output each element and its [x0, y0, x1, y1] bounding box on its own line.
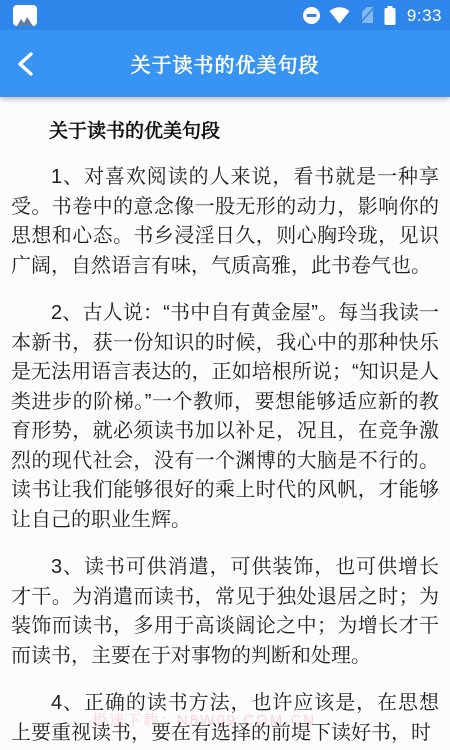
- back-button[interactable]: [16, 30, 60, 97]
- article-paragraph-4: 4、正确的读书方法，也许应该是，在思想上要重视读书，要在有选择的前堤下读好书，时: [11, 689, 439, 748]
- no-sim-icon: [358, 6, 376, 24]
- photo-notification-icon: [13, 5, 37, 26]
- article-heading: 关于读书的优美句段: [11, 118, 439, 146]
- article-paragraph-3: 3、读书可供消遣，可供装饰，也可供增长才干。为消遣而读书，常见于独处退居之时；为…: [11, 553, 439, 671]
- back-chevron-icon: [16, 51, 35, 77]
- wifi-icon: [329, 7, 350, 24]
- page-title: 关于读书的优美句段: [131, 49, 320, 78]
- phone-screen: 9:33 关于读书的优美句段 极速下载：N8W09.COM.CN 关于读书的优美…: [0, 0, 450, 750]
- do-not-disturb-icon: [302, 6, 321, 25]
- article-scroll-area[interactable]: 极速下载：N8W09.COM.CN 关于读书的优美句段 1、对喜欢阅读的人来说，…: [0, 97, 450, 750]
- app-bar: 关于读书的优美句段: [0, 30, 450, 97]
- battery-full-icon: [384, 6, 396, 25]
- status-icons-group: 9:33: [302, 6, 442, 25]
- status-bar: 9:33: [0, 0, 450, 30]
- article-paragraph-2: 2、古人说：“书中自有黄金屋”。每当我读一本新书，获一份知识的时候，我心中的那种…: [11, 299, 439, 535]
- article-paragraph-1: 1、对喜欢阅读的人来说，看书就是一种享受。书卷中的意念像一股无形的动力，影响你的…: [11, 163, 439, 281]
- clock: 9:33: [407, 7, 442, 24]
